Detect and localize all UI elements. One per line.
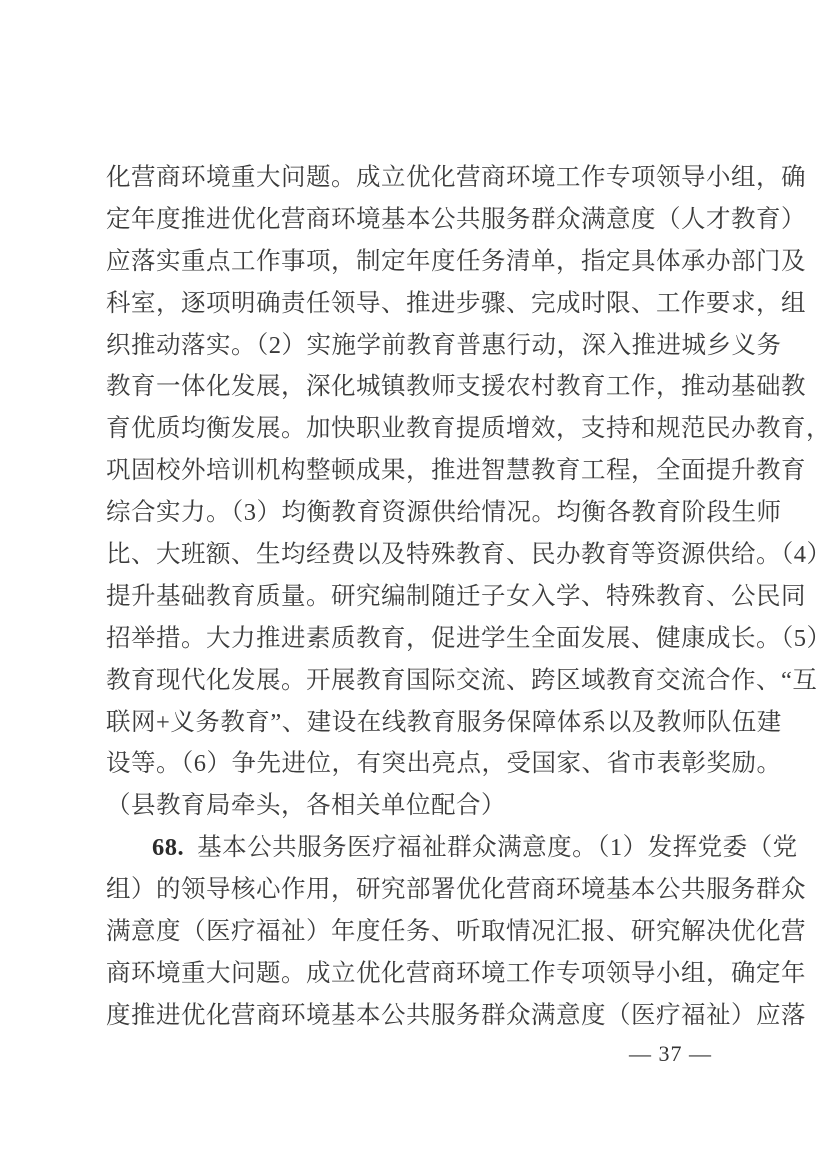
text-line: 综合实力。（3）均衡教育资源供给情况。均衡各教育阶段生师 [106,492,738,534]
text-line: 设等。（6）争先进位，有突出亮点，受国家、省市表彰奖励。 [106,743,738,785]
text-line: 织推动落实。（2）实施学前教育普惠行动，深入推进城乡义务 [106,325,738,367]
paragraph-68-start-line: 68.基本公共服务医疗福祉群众满意度。（1）发挥党委（党 [106,827,738,869]
document-body: 化营商环境重大问题。成立优化营商环境工作专项领导小组，确 定年度推进优化营商环境… [106,157,738,1037]
text-line: 提升基础教育质量。研究编制随迁子女入学、特殊教育、公民同 [106,576,738,618]
page-number: — 37 — [0,1041,712,1067]
text-line: 联网+义务教育”、建设在线教育服务保障体系以及教师队伍建 [106,702,738,744]
text-line-responsible-unit: （县教育局牵头，各相关单位配合） [106,785,738,827]
scanned-document-page: 化营商环境重大问题。成立优化营商环境工作专项领导小组，确 定年度推进优化营商环境… [0,0,828,1156]
text-line: 度推进优化营商环境基本公共服务群众满意度（医疗福祉）应落 [106,995,738,1037]
text-line: 基本公共服务医疗福祉群众满意度。（1）发挥党委（党 [197,834,798,861]
text-line: 组）的领导核心作用，研究部署优化营商环境基本公共服务群众 [106,869,738,911]
text-line: 定年度推进优化营商环境基本公共服务群众满意度（人才教育） [106,199,738,241]
text-line: 育优质均衡发展。加快职业教育提质增效，支持和规范民办教育， [106,408,738,450]
text-line: 应落实重点工作事项，制定年度任务清单，指定具体承办部门及 [106,241,738,283]
text-line: 比、大班额、生均经费以及特殊教育、民办教育等资源供给。（4） [106,534,738,576]
text-line: 教育一体化发展，深化城镇教师支援农村教育工作，推动基础教 [106,366,738,408]
text-line: 满意度（医疗福祉）年度任务、听取情况汇报、研究解决优化营 [106,911,738,953]
text-line: 科室，逐项明确责任领导、推进步骤、完成时限、工作要求，组 [106,283,738,325]
item-number-68: 68. [152,834,184,861]
text-line: 商环境重大问题。成立优化营商环境工作专项领导小组，确定年 [106,953,738,995]
text-line: 巩固校外培训机构整顿成果，推进智慧教育工程，全面提升教育 [106,450,738,492]
text-line: 招举措。大力推进素质教育，促进学生全面发展、健康成长。（5） [106,618,738,660]
text-line: 化营商环境重大问题。成立优化营商环境工作专项领导小组，确 [106,157,738,199]
text-line: 教育现代化发展。开展教育国际交流、跨区域教育交流合作、“互 [106,660,738,702]
